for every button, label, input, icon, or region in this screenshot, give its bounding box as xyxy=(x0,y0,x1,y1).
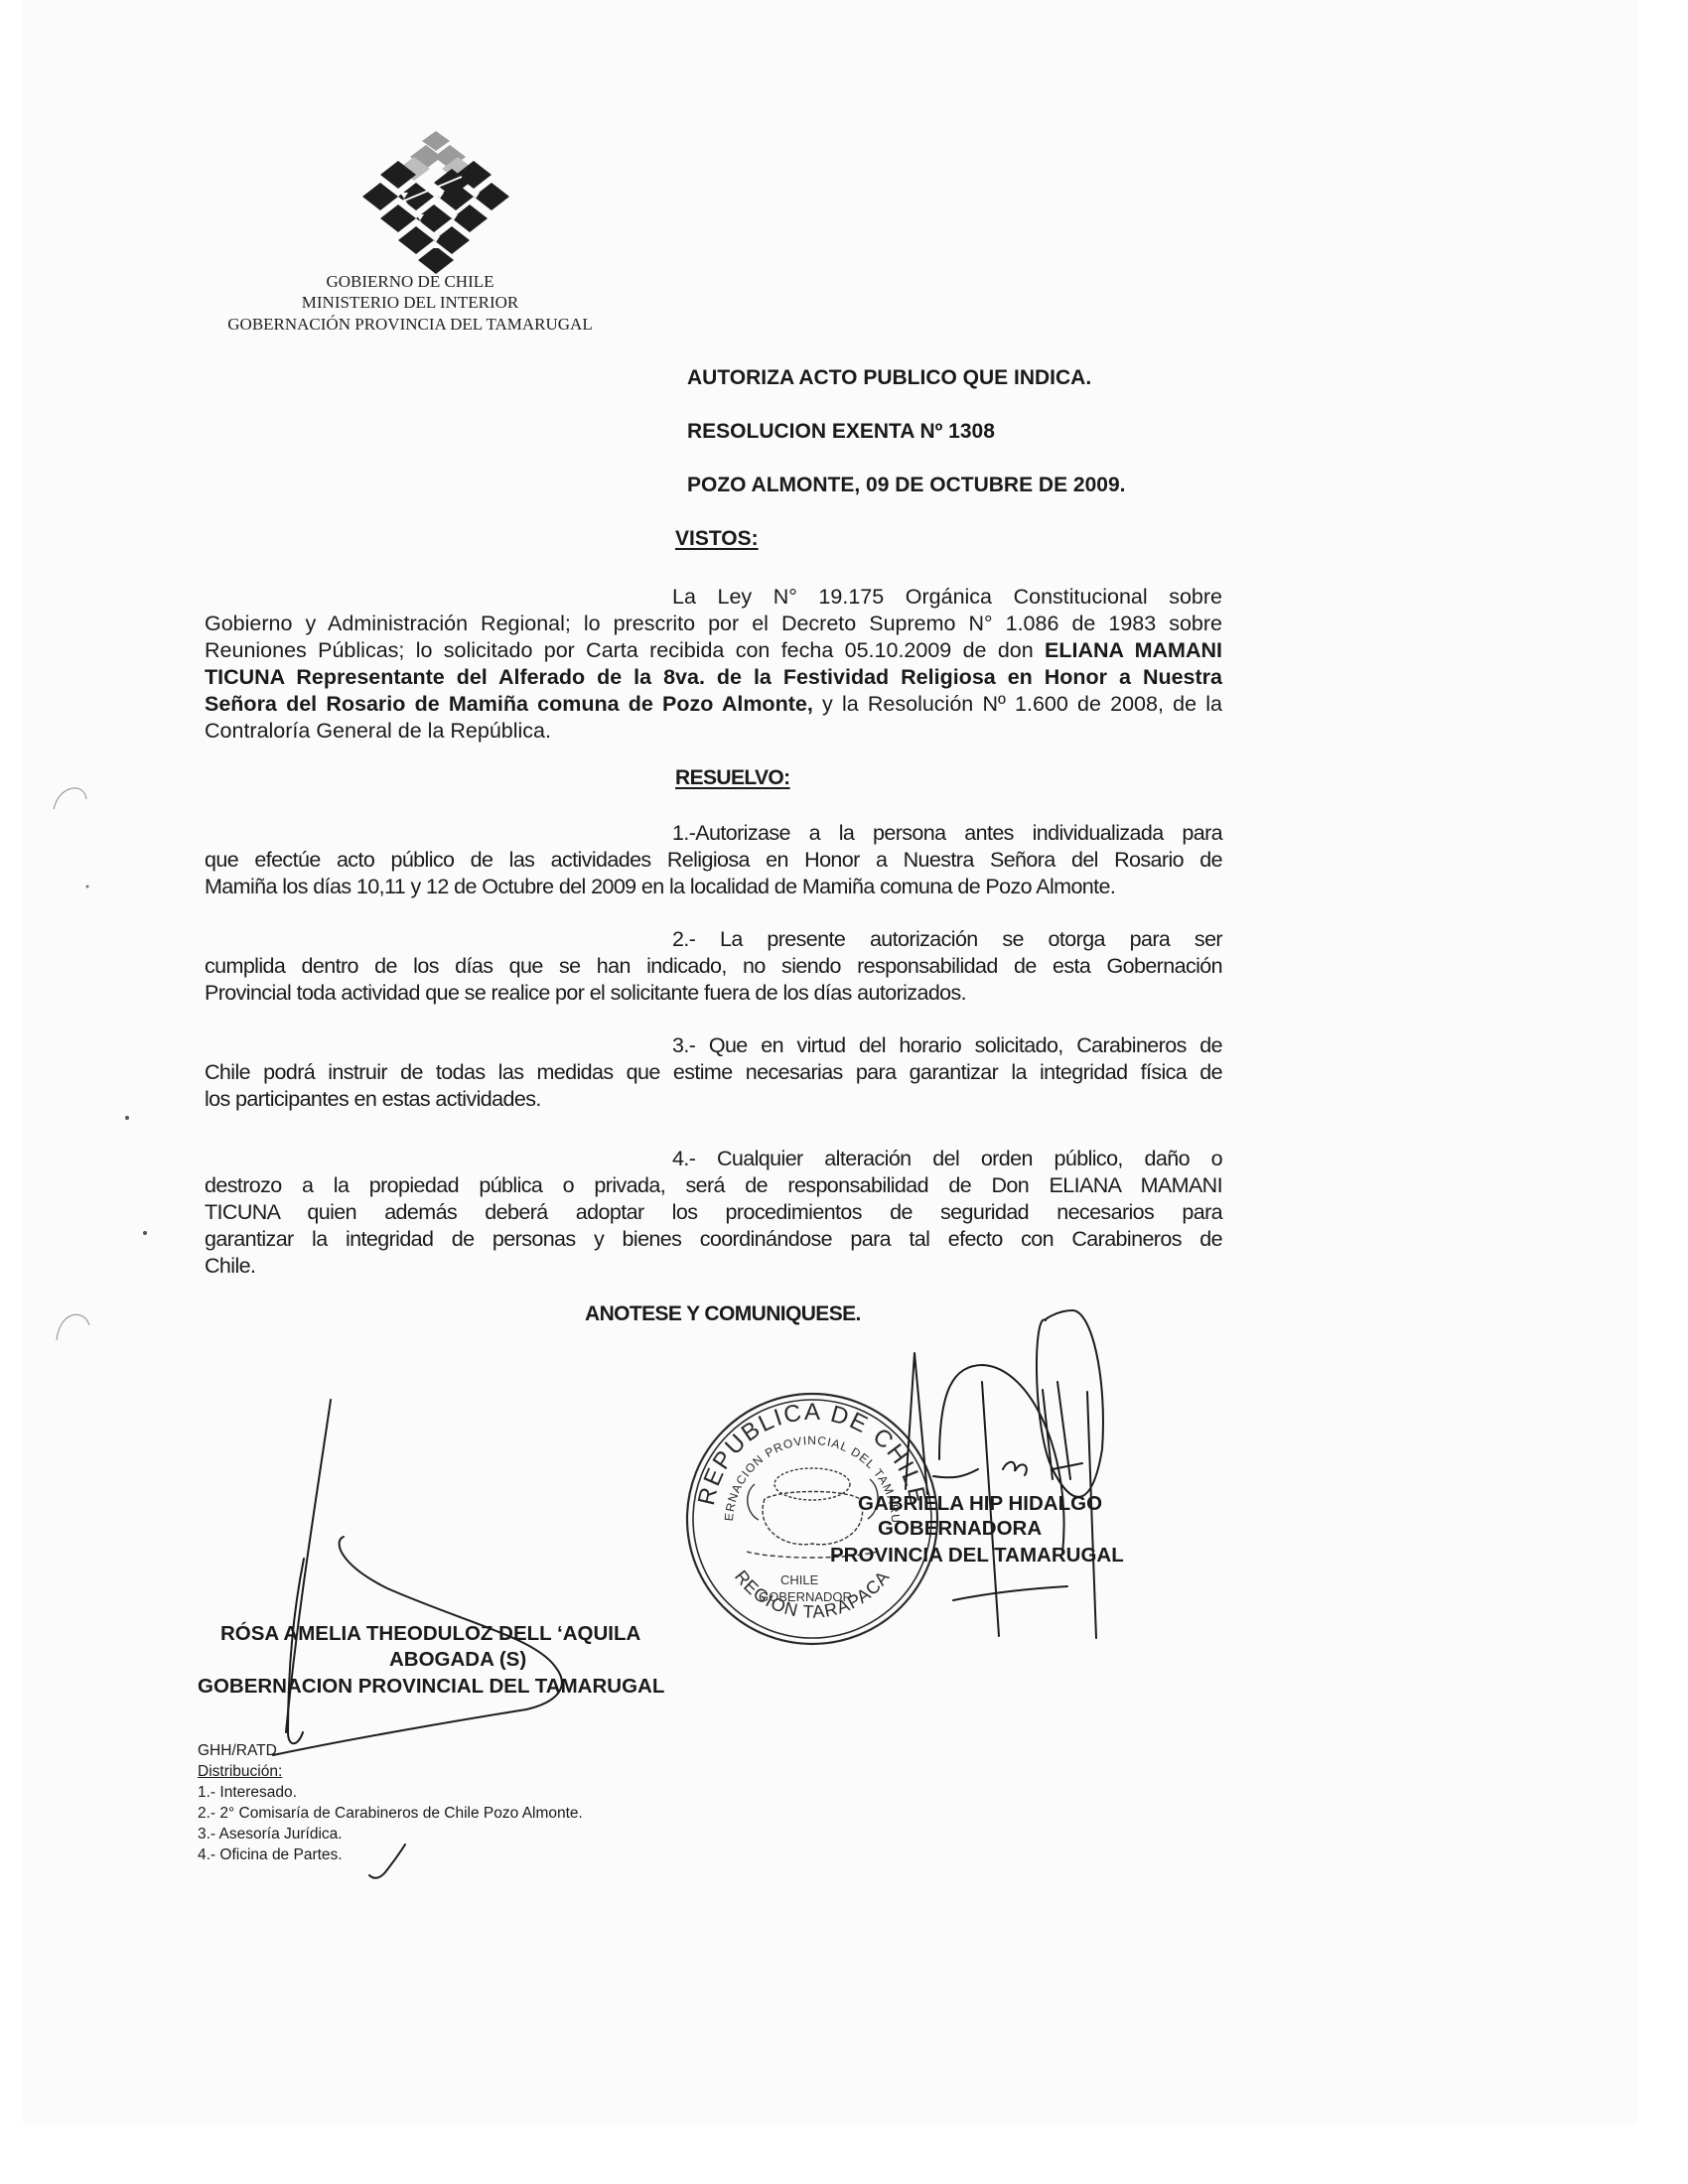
scan-artifacts xyxy=(0,0,1688,2184)
